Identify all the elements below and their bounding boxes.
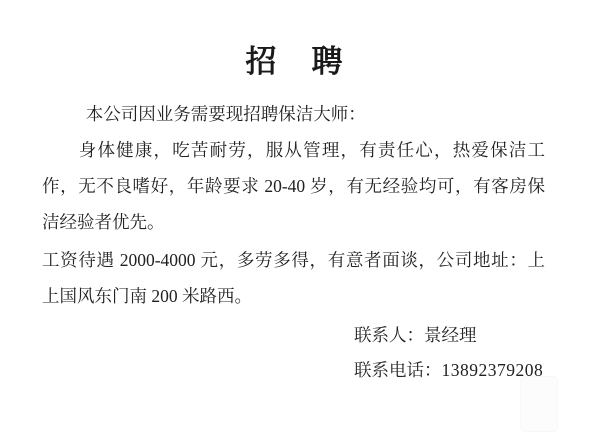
contact-person-line: 联系人：景经理 <box>354 318 545 353</box>
contact-person-label: 联系人： <box>354 325 424 345</box>
intro-paragraph: 本公司因业务需要现招聘保洁大师： <box>42 96 545 132</box>
requirements-paragraph: 身体健康，吃苦耐劳，服从管理，有责任心，热爱保洁工作，无不良嗜好，年龄要求 20… <box>42 132 545 240</box>
contact-person-name: 景经理 <box>424 325 477 345</box>
contact-phone-line: 联系电话：13892379208 <box>354 353 545 388</box>
contact-block: 联系人：景经理 联系电话：13892379208 <box>354 318 545 388</box>
page-title: 招 聘 <box>0 0 590 82</box>
recruitment-notice: 招 聘 本公司因业务需要现招聘保洁大师： 身体健康，吃苦耐劳，服从管理，有责任心… <box>0 0 590 446</box>
notice-body: 本公司因业务需要现招聘保洁大师： 身体健康，吃苦耐劳，服从管理，有责任心，热爱保… <box>0 82 590 388</box>
watermark-phone-outline-icon <box>520 376 558 432</box>
contact-phone-label: 联系电话： <box>354 360 442 380</box>
salary-address-paragraph: 工资待遇 2000-4000 元，多劳多得，有意者面谈，公司地址：上上国风东门南… <box>42 242 545 314</box>
